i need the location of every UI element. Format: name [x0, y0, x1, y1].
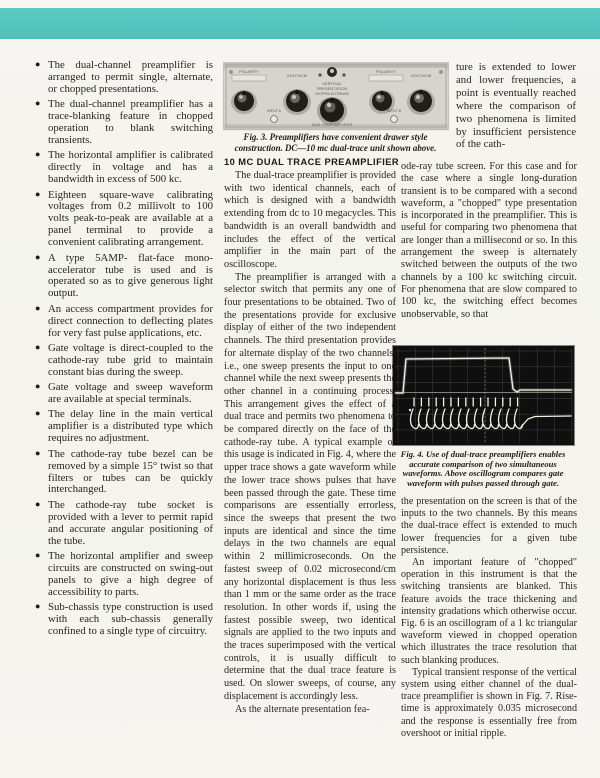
- panel-label-modes: CHOPPED ALTERNATE: [315, 92, 350, 96]
- trace-dot: [409, 409, 411, 411]
- bullet-dot-icon: ●: [35, 252, 40, 264]
- bullet-dot-icon: ●: [35, 601, 40, 613]
- bullet-dot-icon: ●: [35, 499, 40, 511]
- screw-icon: [439, 70, 443, 74]
- bullet-item: ●The horizontal amplifier and sweep circ…: [35, 551, 213, 599]
- panel-label-presentation: PRESENTATION: [317, 86, 348, 91]
- panel-label-input-b: INPUT B: [387, 109, 402, 113]
- fig4-oscillogram: [393, 346, 574, 445]
- screw-icon: [229, 70, 233, 74]
- bullet-text: The horizontal amplifier is calibrated d…: [48, 149, 213, 185]
- knob-icon: [231, 90, 257, 114]
- bullet-text: The cathode-ray tube bezel can be remove…: [48, 448, 213, 496]
- body-paragraph: The dual-trace preamplifier is provided …: [224, 170, 396, 272]
- teal-header-band: [0, 8, 600, 39]
- input-jack-icon: [391, 116, 398, 123]
- bullet-dot-icon: ●: [35, 381, 40, 393]
- bullet-item: ●An access compartment provides for dire…: [35, 304, 213, 340]
- bullet-item: ●Eighteen square-wave calibrating voltag…: [35, 190, 213, 250]
- panel-label-voltscm-right: VOLTS/CM: [411, 73, 431, 78]
- bullet-text: The horizontal amplifier and sweep circu…: [48, 550, 213, 598]
- bullet-item: ●The cathode-ray tube socket is provided…: [35, 500, 213, 548]
- panel-label-input-a: INPUT A: [267, 109, 282, 113]
- bullet-item: ●The horizontal amplifier is calibrated …: [35, 150, 213, 186]
- fig4-caption: Fig. 4. Use of dual-trace preamplifiers …: [390, 450, 576, 488]
- bullet-text: An access compartment provides for direc…: [48, 303, 213, 339]
- bullet-dot-icon: ●: [35, 98, 40, 110]
- body-paragraph: the presentation on the screen is that o…: [401, 496, 577, 557]
- bullet-text: Eighteen square-wave calibrating voltage…: [48, 189, 213, 249]
- fig3-panel-drawing: POLARITY VOLTS/CM POLARITY VOLTS/CM VERT…: [224, 63, 448, 129]
- fig3-preamplifier-photo: POLARITY VOLTS/CM POLARITY VOLTS/CM VERT…: [224, 63, 448, 129]
- right-column-intro-text: ture is extended to lower and lower freq…: [456, 61, 576, 151]
- bullet-item: ●The dual-channel preamplifier has a tra…: [35, 99, 213, 147]
- bullet-text: Sub-chassis type construction is used wi…: [48, 601, 213, 637]
- body-paragraph: An important feature of "chopped" operat…: [401, 557, 577, 667]
- bullet-text: The cathode-ray tube socket is provided …: [48, 499, 213, 547]
- knob-icon: [283, 89, 311, 115]
- bullet-text: The dual-channel preamplifier has a trac…: [48, 98, 213, 146]
- panel-label-polarity-left: POLARITY: [239, 69, 259, 74]
- bullet-dot-icon: ●: [35, 59, 40, 71]
- panel-label-polarity-right: POLARITY: [376, 69, 396, 74]
- scanned-document-page: ●The dual-channel preamplifier is arrang…: [0, 0, 600, 778]
- body-paragraph: Typical transient response of the vertic…: [401, 667, 577, 740]
- panel-label-model: DUAL-TRACE AMPLIFIER: [312, 123, 353, 127]
- bullet-dot-icon: ●: [35, 550, 40, 562]
- bullet-dot-icon: ●: [35, 303, 40, 315]
- input-jack-icon: [271, 116, 278, 123]
- bullet-dot-icon: ●: [35, 448, 40, 460]
- knob-icon: [407, 89, 435, 115]
- section-heading: 10 MC DUAL TRACE PREAMPLIFIER: [224, 157, 404, 167]
- bullet-item: ●Gate voltage and sweep waveform are ava…: [35, 382, 213, 406]
- bullet-text: The dual-channel preamplifier is arrange…: [48, 59, 213, 95]
- right-column-text: ode-ray tube screen. For this case and f…: [401, 161, 577, 321]
- bullet-text: Gate voltage is direct-coupled to the ca…: [48, 342, 213, 378]
- bullet-text: The delay line in the main vertical ampl…: [48, 408, 213, 444]
- bullet-item: ●Gate voltage is direct-coupled to the c…: [35, 343, 213, 379]
- middle-column-text: The dual-trace preamplifier is provided …: [224, 170, 396, 716]
- bullet-dot-icon: ●: [35, 408, 40, 420]
- bullet-text: Gate voltage and sweep waveform are avai…: [48, 381, 213, 405]
- bullet-item: ●The delay line in the main vertical amp…: [35, 409, 213, 445]
- bullet-text: A type 5AMP- flat-face mono-accelerator …: [48, 252, 213, 300]
- body-paragraph: The preamplifier is arranged with a sele…: [224, 272, 396, 704]
- feature-bullet-list: ●The dual-channel preamplifier is arrang…: [35, 60, 213, 641]
- bullet-item: ●A type 5AMP- flat-face mono-accelerator…: [35, 253, 213, 301]
- knob-icon: [317, 97, 347, 125]
- bullet-item: ●The dual-channel preamplifier is arrang…: [35, 60, 213, 96]
- bullet-item: ●The cathode-ray tube bezel can be remov…: [35, 449, 213, 497]
- bullet-dot-icon: ●: [35, 149, 40, 161]
- body-paragraph: As the alternate presentation fea-: [224, 704, 396, 717]
- bullet-item: ●Sub-chassis type construction is used w…: [35, 602, 213, 638]
- fig3-caption: Fig. 3. Preamplifiers have convenient dr…: [221, 132, 450, 153]
- panel-label-voltscm-left: VOLTS/CM: [287, 73, 307, 78]
- right-column-lower-text: the presentation on the screen is that o…: [401, 496, 577, 740]
- bullet-dot-icon: ●: [35, 189, 40, 201]
- fig4-oscillogram-drawing: [393, 346, 574, 445]
- bullet-dot-icon: ●: [35, 342, 40, 354]
